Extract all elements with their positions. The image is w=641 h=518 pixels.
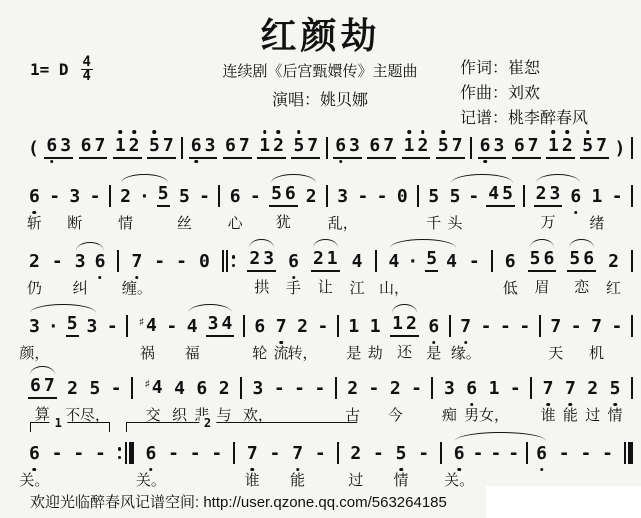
note: 6斩 [28, 187, 41, 207]
dash: - [377, 187, 388, 207]
note: 7能 [564, 379, 577, 399]
barline-single [117, 250, 119, 272]
slur [390, 239, 456, 248]
note: 4福 [186, 317, 199, 337]
bar-stroke [326, 137, 328, 159]
barline-single [181, 137, 183, 159]
dash: - [611, 317, 622, 337]
lyric: 乱， [328, 214, 358, 234]
note: 6 [513, 136, 526, 156]
dash: - [411, 379, 422, 399]
slur [392, 304, 417, 313]
intro-line: (63671257636712576367125763671257) [28, 133, 633, 159]
lyric: 能 [290, 471, 305, 491]
lyric: 流 [274, 344, 289, 364]
note: 5千 [427, 187, 440, 207]
time-signature: 4 4 [81, 56, 93, 83]
note: 6关。 [144, 444, 157, 464]
dash: - [314, 379, 325, 399]
note: 2 [272, 136, 285, 156]
note: 7流 [275, 317, 288, 337]
dash: - [52, 444, 63, 464]
barline-single [530, 377, 532, 399]
verse-line-1: 6斩-3断-2情·55丝-6心-56犹23乱，--05千5头-4523万61绪- [28, 181, 633, 207]
note: 6心 [229, 187, 242, 207]
dash: - [559, 444, 570, 464]
key-signature: 1= D [30, 60, 69, 79]
note: 2古 [346, 379, 359, 399]
note: 7 [93, 136, 106, 156]
sheet-music-page: 红颜劫 1= D 4 4 连续剧《后宫甄嬛传》主题曲 演唱：姚贝娜 作词：崔恕 … [0, 0, 641, 518]
open-paren: ( [28, 139, 39, 159]
lyric: 纠 [73, 279, 88, 299]
note: 3痴 [443, 379, 456, 399]
note: 1 [391, 314, 404, 334]
note: 4江 [351, 252, 364, 272]
lyric: 断 [67, 214, 82, 234]
barline-single [631, 377, 633, 399]
lyric: 女， [479, 406, 509, 426]
barline-single [337, 442, 339, 464]
note: 7 [595, 136, 608, 156]
lyric: 眉 [534, 276, 549, 297]
octave-dot-above [153, 130, 157, 134]
note: 2与 [218, 379, 231, 399]
note-group: 63 [333, 136, 362, 159]
bar-stroke [631, 377, 633, 399]
note: 6是 [427, 317, 440, 337]
lyric: 手 [286, 279, 301, 299]
barline-single [335, 377, 337, 399]
note: 2过 [586, 379, 599, 399]
note: 3 [262, 249, 275, 269]
octave-dot-below [540, 468, 544, 472]
lyric: 让 [318, 276, 333, 297]
slur [313, 239, 338, 248]
lyric: 缠。 [122, 279, 152, 299]
volta-bracket-1: 1 [30, 422, 110, 432]
note: 5 [437, 136, 450, 156]
bar-stroke [440, 442, 442, 464]
barline-single [126, 315, 128, 337]
note-group: 34 [206, 314, 235, 337]
lyric: 能 [563, 406, 578, 426]
slur [30, 366, 55, 375]
octave-dot-below [339, 160, 343, 164]
bar-stroke [226, 250, 228, 272]
close-paren: ) [614, 139, 625, 159]
dash: - [90, 187, 101, 207]
note-group: 45 [486, 184, 515, 207]
dash: - [580, 444, 591, 464]
barline-single [440, 442, 442, 464]
note: 3 [207, 314, 220, 334]
volta-label: 2 [199, 416, 216, 430]
lyric: 机 [589, 344, 604, 364]
note-group: 57 [436, 136, 465, 159]
lyric: 过 [348, 471, 363, 491]
barline-begin [222, 250, 237, 272]
time-signature-denominator: 4 [83, 70, 91, 83]
dash: - [510, 379, 521, 399]
octave-dot-below [574, 211, 578, 215]
volta-label: 1 [50, 416, 67, 430]
barline-end [117, 442, 134, 464]
dash: - [612, 187, 623, 207]
octave-dot-above [586, 130, 590, 134]
dash: - [468, 187, 479, 207]
note: 7谁 [246, 444, 259, 464]
dash: - [52, 252, 63, 272]
bar-stroke [449, 315, 451, 337]
bar-stroke [631, 315, 633, 337]
lyric: 是 [346, 344, 361, 364]
dash: - [176, 252, 187, 272]
octave-dot-above [297, 130, 301, 134]
note: 1是 [347, 317, 360, 337]
dash: - [508, 444, 519, 464]
slur [76, 242, 105, 251]
dash: - [481, 317, 492, 337]
note-group: 5头-45 [449, 184, 515, 207]
bar-stroke [631, 185, 633, 207]
augmentation-dot: · [407, 252, 418, 272]
note: 7 [43, 376, 56, 396]
song-title: 红颜劫 [0, 8, 641, 59]
barline-single [218, 185, 220, 207]
barline-single [326, 137, 328, 159]
bar-stroke [181, 137, 183, 159]
bar-stroke [417, 185, 419, 207]
note: 5情 [609, 379, 622, 399]
barline-single [233, 442, 235, 464]
note: 5情 [395, 444, 408, 464]
note: 2 [416, 136, 429, 156]
ending-line: 126关。---6关。---7谁-7能-2过-5情-6关。---6--- [28, 438, 633, 464]
note: 2 [405, 314, 418, 334]
note-group: 4福34 [186, 314, 235, 337]
note: 2 [128, 136, 141, 156]
lyric: 红 [606, 279, 621, 299]
note: 5 [148, 136, 161, 156]
note: 3乱， [336, 187, 349, 207]
bar-stroke [375, 250, 377, 272]
lyric: 过 [585, 406, 600, 426]
dash: - [107, 317, 118, 337]
octave-dot-below [50, 160, 54, 164]
dash: - [418, 444, 429, 464]
slur [121, 174, 168, 183]
note: 1绪 [591, 187, 604, 207]
note: 5头 [449, 187, 462, 207]
note: 5 [529, 249, 542, 269]
note: 5 [425, 249, 438, 272]
note: 3颜， [28, 317, 41, 337]
barline-single [337, 315, 339, 337]
lyric: 男 [464, 406, 479, 426]
note-group: 3颜，·53 [28, 314, 98, 337]
note: 6 [334, 136, 347, 156]
slur [569, 239, 594, 248]
octave-dot-above [277, 130, 281, 134]
bar-stroke-thick [628, 442, 633, 464]
note-group: 23万 [534, 184, 563, 207]
bar-stroke [631, 137, 633, 159]
lyric: 拱 [254, 276, 269, 297]
lyric: 轮 [252, 344, 267, 364]
note: ♯4祸 [137, 316, 158, 337]
augmentation-dot: · [139, 187, 150, 207]
note: 5 [568, 249, 581, 269]
note: 4 [445, 252, 458, 272]
bar-stroke [222, 250, 224, 272]
bar-stroke [218, 185, 220, 207]
lyric: 是 [426, 344, 441, 364]
octave-dot-below [483, 160, 487, 164]
note: 3 [86, 317, 99, 337]
lyric: 关。 [136, 471, 166, 491]
dash: - [490, 444, 501, 464]
note-group: 63 [44, 136, 73, 159]
barline-single [417, 185, 419, 207]
note: 2 [535, 184, 548, 204]
background-patch [486, 486, 641, 518]
note: 3 [348, 136, 361, 156]
repeat-dots [232, 255, 236, 267]
barline-single [523, 185, 525, 207]
note: 5丝 [178, 187, 191, 207]
note: 2 [561, 136, 574, 156]
bar-stroke [624, 442, 626, 464]
dash: - [270, 444, 281, 464]
note: 3欢， [252, 379, 265, 399]
note: 3 [59, 136, 72, 156]
note: 5 [66, 314, 79, 337]
dash: - [154, 252, 165, 272]
lyric: 算 [35, 403, 50, 424]
lyric: 谁 [541, 406, 556, 426]
dash: - [500, 317, 511, 337]
note: 4 [487, 184, 500, 204]
slur [188, 304, 233, 313]
lyric: 还 [397, 341, 412, 362]
note: 2 [312, 249, 325, 269]
transcriber-credit: 记谱：桃李醉春风 [460, 106, 588, 131]
note: ♯4交 [143, 378, 164, 399]
lyric: 福 [185, 344, 200, 364]
rest: 0 [396, 187, 409, 207]
dash: - [49, 187, 60, 207]
note: 7机 [590, 317, 603, 337]
note: 1 [403, 136, 416, 156]
note: 6 [45, 136, 58, 156]
note: 6关。 [453, 444, 466, 464]
note-group: 12 [257, 136, 286, 159]
bar-stroke [126, 315, 128, 337]
note-group: 56犹2 [269, 184, 318, 207]
barline-single [631, 315, 633, 337]
dash: - [373, 444, 384, 464]
note: 7 [238, 136, 251, 156]
note-group: 63 [189, 136, 218, 159]
note: 7能 [291, 444, 304, 464]
note: 1劫 [369, 317, 382, 337]
dash: - [318, 317, 329, 337]
note: 2过 [349, 444, 362, 464]
lyric: 千 [426, 214, 441, 234]
note: 6悲 [195, 379, 208, 399]
note-group: 67 [79, 136, 108, 159]
note: 7 [162, 136, 175, 156]
note: 2今 [389, 379, 402, 399]
note-group: 56恋 [567, 249, 596, 272]
note-group: 21让 [311, 249, 340, 272]
note: 7天 [549, 317, 562, 337]
key-time-signature: 1= D 4 4 [30, 56, 93, 83]
lyric: 丝 [177, 214, 192, 234]
note: 6 [94, 252, 107, 272]
bar-stroke [530, 377, 532, 399]
bar-stroke [539, 315, 541, 337]
lyric: 绪 [589, 214, 604, 234]
slur [451, 174, 513, 183]
note: 2仍 [28, 252, 41, 272]
note: 2转， [296, 317, 309, 337]
lyric: 劫 [368, 344, 383, 364]
octave-dot-above [442, 130, 446, 134]
note-group: 23万6 [534, 184, 583, 207]
bar-stroke [631, 250, 633, 272]
dash: - [211, 444, 222, 464]
slur [455, 432, 546, 441]
dash: - [166, 317, 177, 337]
note: 5 [292, 136, 305, 156]
note: 3纠 [74, 252, 87, 272]
note: 2红 [607, 252, 620, 272]
note-group: 6关。---6 [453, 442, 548, 464]
bar-stroke [337, 315, 339, 337]
dash: - [519, 317, 530, 337]
volta-bracket-2: 2 [126, 422, 357, 432]
note-group: 67 [223, 136, 252, 159]
slur [530, 239, 555, 248]
dash: - [73, 444, 84, 464]
barline-single [326, 185, 328, 207]
barline-single [526, 442, 528, 464]
bar-stroke [125, 442, 127, 464]
bar-stroke [523, 185, 525, 207]
bar-stroke [431, 377, 433, 399]
note: 7 [527, 136, 540, 156]
repeat-dots [118, 447, 122, 459]
note: 2 [248, 249, 261, 269]
note-group: 12还 [390, 314, 419, 337]
bar-stroke [526, 442, 528, 464]
lyric: 颜， [19, 344, 49, 364]
note-group: 57 [147, 136, 176, 159]
note: 1 [114, 136, 127, 156]
note-group: 23拱 [247, 249, 276, 272]
barline-single [431, 377, 433, 399]
dash: - [95, 444, 106, 464]
sharp-icon: ♯ [144, 374, 151, 394]
note: 6 [284, 184, 297, 204]
note-group: 3纠6 [74, 252, 107, 272]
octave-dot-above [263, 130, 267, 134]
note: 7 [382, 136, 395, 156]
dash: - [571, 317, 582, 337]
bar-stroke-thick [129, 442, 134, 464]
barline-single [491, 250, 493, 272]
note-group: 57 [291, 136, 320, 159]
note: 6低 [504, 252, 517, 272]
note: 3 [204, 136, 217, 156]
note: 6关。 [28, 444, 41, 464]
bar-stroke [491, 250, 493, 272]
dash: - [469, 252, 480, 272]
barline-single [131, 377, 133, 399]
slur [249, 239, 274, 248]
lyric: 心 [228, 214, 243, 234]
barline-single [243, 315, 245, 337]
lyric: 关。 [19, 471, 49, 491]
bar-stroke [337, 442, 339, 464]
slur [536, 174, 581, 183]
dash: - [369, 379, 380, 399]
octave-dot-above [552, 130, 556, 134]
verse-line-3: 3颜，·53-♯4祸-4福346轮7流2转，-1是1劫12还6是7缘。---7天… [28, 311, 633, 337]
note: 6 [543, 249, 556, 269]
lyric: 缘。 [451, 344, 481, 364]
note-group: 2情·5 [119, 184, 170, 207]
bar-stroke [326, 185, 328, 207]
note: 7 [306, 136, 319, 156]
note: 1女， [488, 379, 501, 399]
note: 6 [582, 249, 595, 269]
lyric: 转， [288, 344, 318, 364]
note-group: 67 [367, 136, 396, 159]
note: 7缘。 [459, 317, 472, 337]
note-group: 56犹 [269, 184, 298, 207]
dash: - [190, 444, 201, 464]
lyric: 斩 [27, 214, 42, 234]
bar-stroke [470, 137, 472, 159]
note-group: 67算 [28, 376, 57, 399]
note-group: 67 [512, 136, 541, 159]
bar-stroke [243, 315, 245, 337]
composer-credit: 作曲：刘欢 [460, 81, 588, 106]
lyric: 情 [118, 214, 133, 234]
slur [30, 304, 96, 313]
note: 5 [270, 184, 283, 204]
note: 5 [157, 184, 170, 207]
bar-stroke [109, 185, 111, 207]
note: 1 [326, 249, 339, 269]
octave-dot-above [421, 130, 425, 134]
lyric: 头 [447, 214, 462, 234]
note-group: 12 [402, 136, 431, 159]
barline-single [109, 185, 111, 207]
dash: - [274, 379, 285, 399]
octave-dot-above [407, 130, 411, 134]
dash: - [111, 379, 122, 399]
dash: - [294, 379, 305, 399]
lyric: 山， [379, 279, 409, 299]
lyric: 犹 [276, 211, 291, 232]
note: 6 [569, 187, 582, 207]
barline-single [470, 137, 472, 159]
barline-final [624, 442, 633, 464]
